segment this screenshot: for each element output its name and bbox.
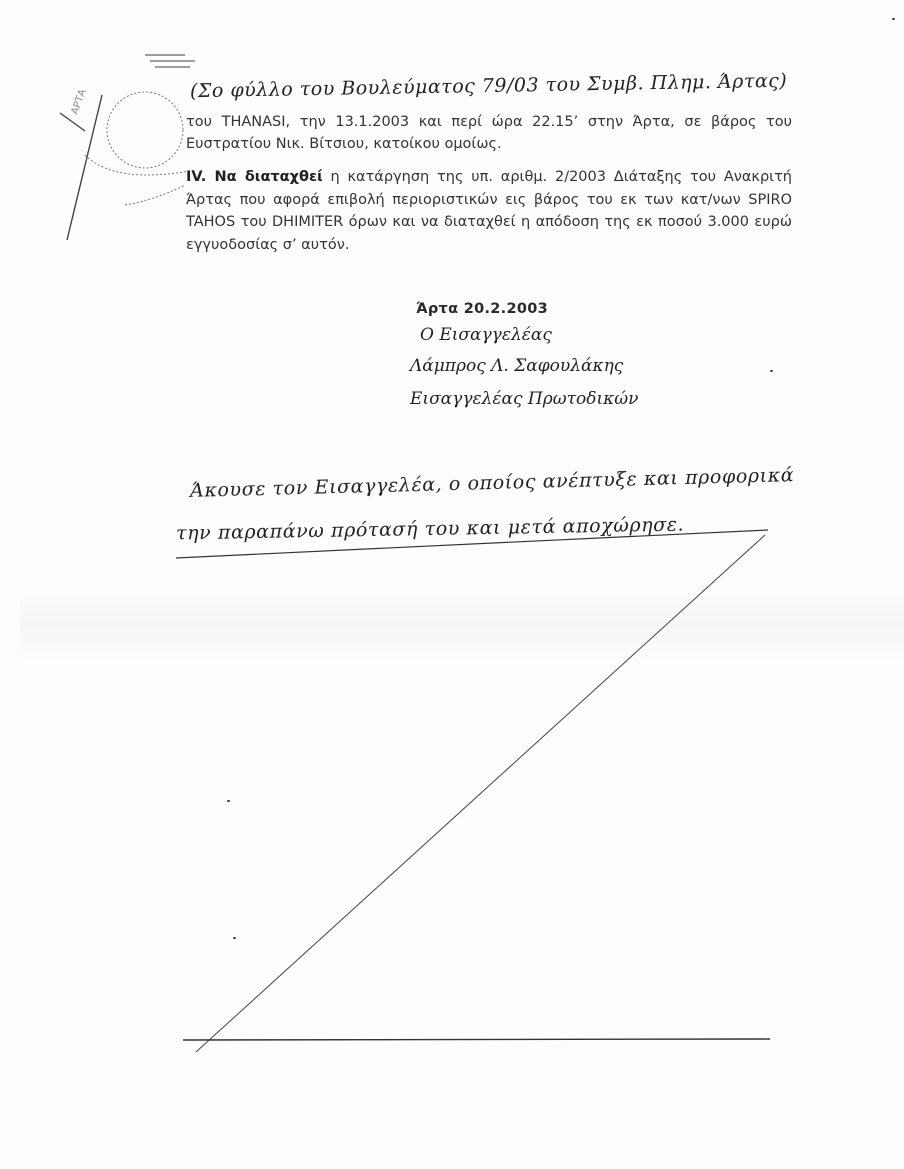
scan-artifact-band (20, 590, 904, 660)
paragraph-iv-label: IV. Να διαταχθεί (186, 169, 323, 185)
scan-speck (892, 18, 895, 20)
typed-line-thanasi: του THANASI, την 13.1.2003 και περί ώρα … (186, 111, 792, 134)
svg-text:ΑΡΤΑ: ΑΡΤΑ (69, 88, 88, 116)
scan-speck (233, 937, 236, 939)
handwritten-header-note: (Σο φύλλο του Βουλεύματος 79/03 του Συμβ… (190, 70, 788, 102)
signature-title: Ο Εισαγγελέας (420, 325, 552, 345)
typed-line-vitsiou: Ευστρατίου Νικ. Βίτσιου, κατοίκου ομοίως… (186, 133, 792, 156)
handwritten-minutes-line2: την παραπάνω πρότασή του και μετά αποχώρ… (176, 514, 685, 545)
scan-speck (770, 370, 773, 372)
handwritten-minutes-line1: Άκουσε τον Εισαγγελέα, ο οποίος ανέπτυξε… (190, 464, 795, 502)
paragraph-iv: IV. Να διαταχθεί η κατάργηση της υπ. αρι… (186, 166, 792, 256)
signature-place-date: Άρτα 20.2.2003 (416, 301, 548, 317)
signature-name: Λάμπρος Λ. Σαφουλάκης (410, 356, 623, 376)
signature-role: Εισαγγελέας Πρωτοδικών (410, 389, 638, 409)
scan-speck (227, 800, 230, 802)
